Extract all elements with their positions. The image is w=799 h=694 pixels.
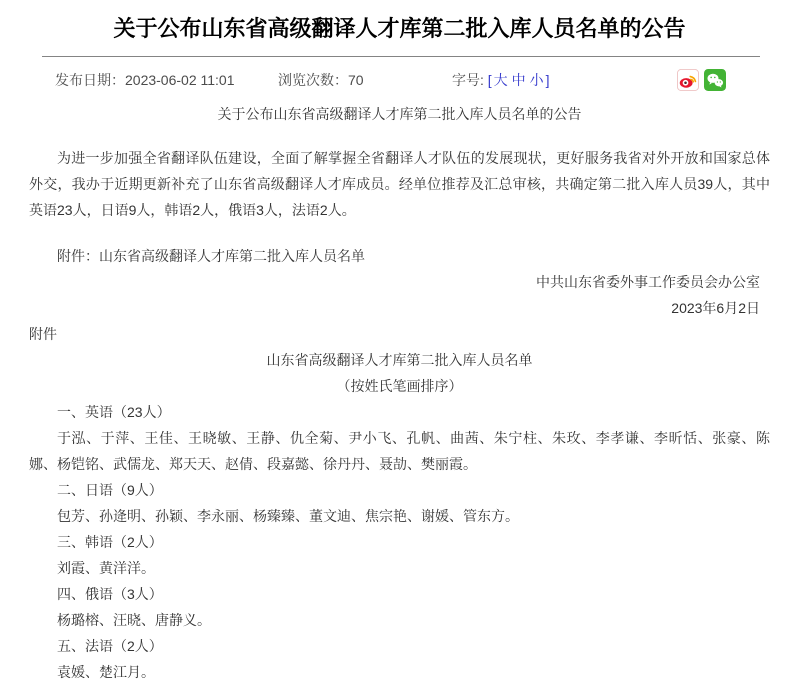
wechat-share-icon[interactable] — [704, 69, 726, 91]
publish-date-label: 发布日期： — [55, 72, 125, 88]
view-count-label: 浏览次数： — [278, 72, 348, 88]
section-heading-russian: 四、俄语（3人） — [29, 581, 770, 607]
issuer-line: 中共山东省委外事工作委员会办公室 — [29, 269, 770, 295]
appendix-label: 附件 — [29, 321, 770, 347]
section-heading-japanese: 二、日语（9人） — [29, 477, 770, 503]
appendix-title: 山东省高级翻译人才库第二批入库人员名单 — [29, 347, 770, 373]
font-size-large[interactable]: 大 — [494, 70, 508, 90]
font-size-bracket-close: ] — [546, 72, 550, 88]
section-names-russian: 杨璐榕、汪晓、唐静义。 — [29, 607, 770, 633]
section-names-japanese: 包芳、孙逄明、孙颖、李永丽、杨臻臻、董文迪、焦宗艳、谢媛、管东方。 — [29, 503, 770, 529]
publish-date-value: 2023-06-02 11:01 — [125, 72, 235, 88]
share-buttons — [677, 69, 726, 91]
appendix-sort-note: （按姓氏笔画排序） — [29, 373, 770, 399]
font-size-control: 字号: [大中小] — [452, 70, 550, 90]
publish-date: 发布日期：2023-06-02 11:01 — [55, 70, 278, 90]
font-size-small[interactable]: 小 — [530, 70, 544, 90]
section-names-french: 袁媛、楚江月。 — [29, 659, 770, 685]
attachment-line: 附件：山东省高级翻译人才库第二批入库人员名单 — [29, 243, 770, 269]
article-body: 关于公布山东省高级翻译人才库第二批入库人员名单的公告 为进一步加强全省翻译队伍建… — [0, 101, 799, 685]
view-count-value: 70 — [348, 72, 364, 88]
weibo-share-icon[interactable] — [677, 69, 699, 91]
font-size-medium[interactable]: 中 — [512, 70, 526, 90]
section-names-english: 于泓、于萍、王佳、王晓敏、王静、仇全菊、尹小飞、孔帆、曲茜、朱宁柱、朱玫、李孝谦… — [29, 425, 770, 477]
section-names-korean: 刘霞、黄洋洋。 — [29, 555, 770, 581]
page-title: 关于公布山东省高级翻译人才库第二批入库人员名单的公告 — [20, 14, 779, 44]
section-heading-french: 五、法语（2人） — [29, 633, 770, 659]
article-subtitle: 关于公布山东省高级翻译人才库第二批入库人员名单的公告 — [29, 101, 770, 127]
body-paragraph: 为进一步加强全省翻译队伍建设，全面了解掌握全省翻译人才队伍的发展现状，更好服务我… — [29, 145, 770, 223]
section-heading-korean: 三、韩语（2人） — [29, 529, 770, 555]
view-count: 浏览次数：70 — [278, 70, 452, 90]
announcement-page: 关于公布山东省高级翻译人才库第二批入库人员名单的公告 发布日期：2023-06-… — [0, 14, 799, 685]
meta-row: 发布日期：2023-06-02 11:01 浏览次数：70 字号: [大中小] — [0, 57, 799, 101]
font-size-label: 字号: — [452, 70, 484, 90]
date-line: 2023年6月2日 — [29, 295, 770, 321]
font-size-bracket-open: [ — [488, 72, 492, 88]
section-heading-english: 一、英语（23人） — [29, 399, 770, 425]
